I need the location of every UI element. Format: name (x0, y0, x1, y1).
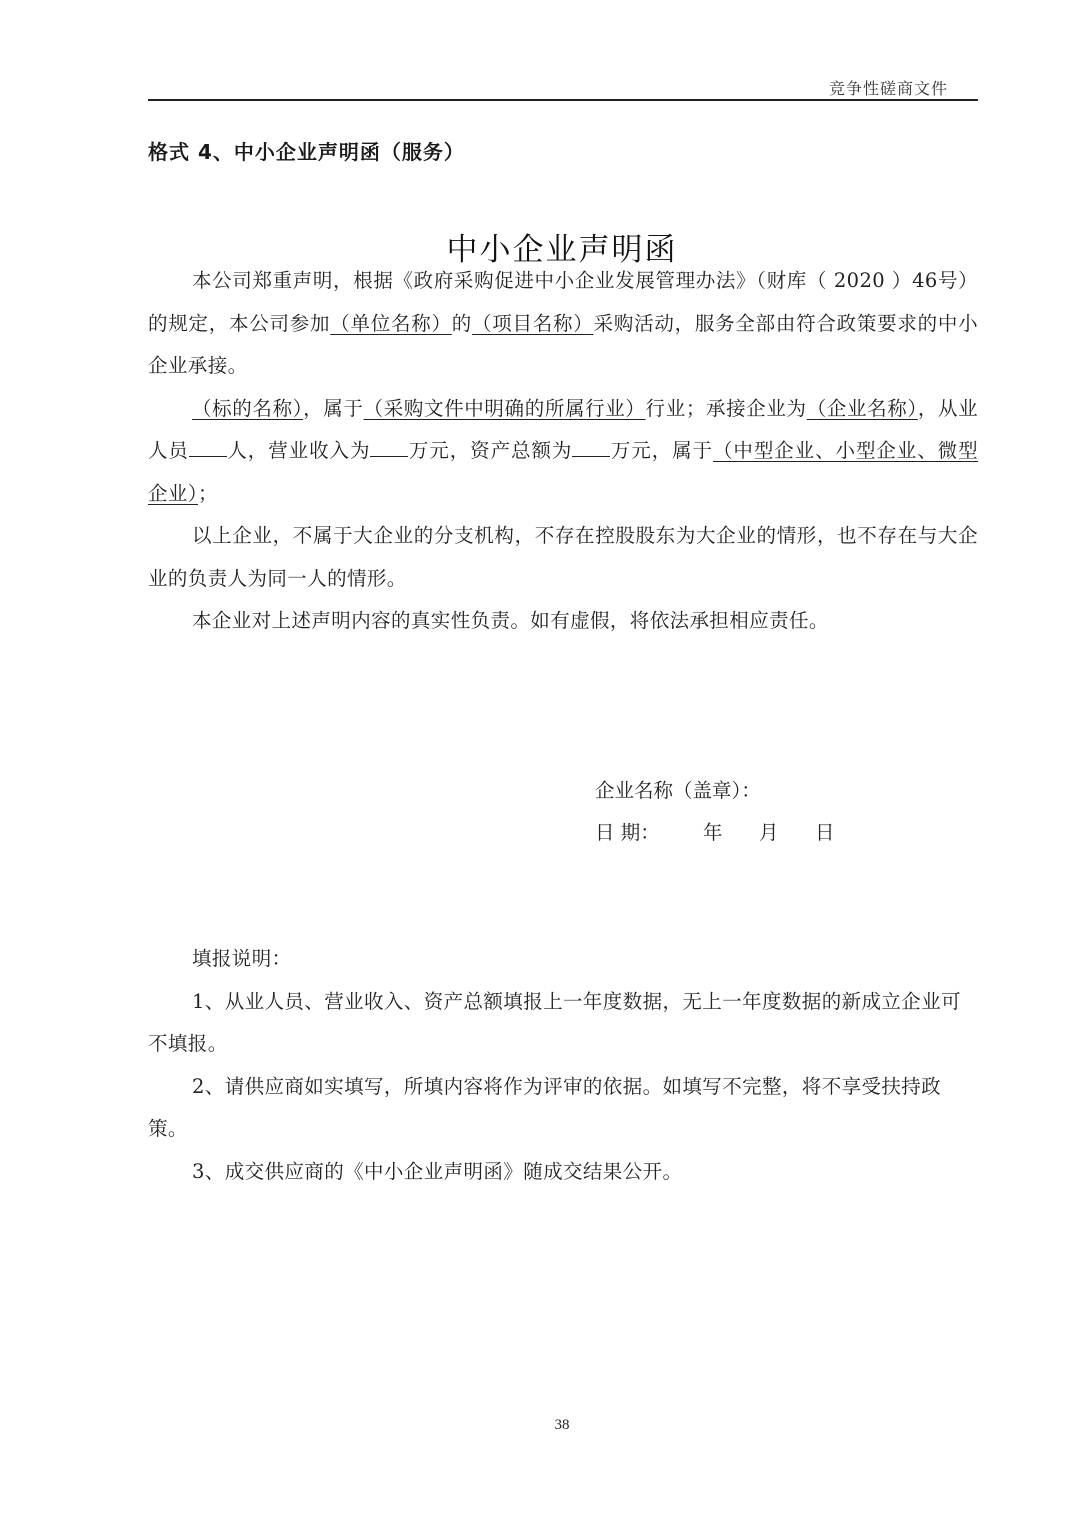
month-label: 月 (759, 812, 815, 854)
field-total-assets[interactable] (572, 438, 610, 457)
date-line: 日 期：年月日 (595, 812, 835, 854)
field-company-name[interactable]: （企业名称） (807, 397, 918, 420)
notes-heading: 填报说明： (148, 938, 978, 981)
paragraph-4: 本企业对上述声明内容的真实性负责。如有虚假，将依法承担相应责任。 (148, 600, 978, 643)
field-employees[interactable] (189, 438, 227, 457)
declaration-body: 本公司郑重声明，根据《政府采购促进中小企业发展管理办法》（财库（ 2020 ）4… (148, 260, 978, 643)
paragraph-1: 本公司郑重声明，根据《政府采购促进中小企业发展管理办法》（财库（ 2020 ）4… (148, 260, 978, 388)
p2-text-5: 万元，资产总额为 (408, 439, 572, 462)
note-item-2: 2、请供应商如实填写，所填内容将作为评审的依据。如填写不完整，将不享受扶持政策。 (148, 1066, 978, 1151)
year-label: 年 (703, 812, 759, 854)
p2-text-1: ，属于 (303, 397, 363, 420)
field-revenue[interactable] (370, 438, 408, 457)
paragraph-3: 以上企业，不属于大企业的分支机构，不存在控股股东为大企业的情形，也不存在与大企业… (148, 515, 978, 600)
p2-text-7: ； (198, 482, 218, 505)
field-project-name[interactable]: （项目名称） (472, 312, 594, 335)
field-unit-name[interactable]: （单位名称） (330, 312, 452, 335)
day-label: 日 (815, 812, 835, 854)
field-subject-name[interactable]: （标的名称） (192, 397, 303, 420)
page-number: 38 (0, 1417, 1080, 1434)
date-label: 日 期： (595, 812, 703, 854)
field-industry[interactable]: （采购文件中明确的所属行业） (364, 397, 646, 420)
company-seal-label: 企业名称（盖章）： (595, 770, 835, 812)
p2-text-2: 行业；承接企业为 (646, 397, 807, 420)
format-title: 格式 4、中小企业声明函（服务） (148, 136, 465, 165)
p2-text-4: 人，营业收入为 (227, 439, 371, 462)
filling-instructions: 填报说明： 1、从业人员、营业收入、资产总额填报上一年度数据，无上一年度数据的新… (148, 938, 978, 1193)
paragraph-2: （标的名称），属于（采购文件中明确的所属行业）行业；承接企业为（企业名称），从业… (148, 388, 978, 516)
p2-text-6: 万元，属于 (610, 439, 713, 462)
running-header-title: 竞争性磋商文件 (829, 76, 948, 99)
note-item-1: 1、从业人员、营业收入、资产总额填报上一年度数据，无上一年度数据的新成立企业可不… (148, 981, 978, 1066)
header-rule (148, 99, 978, 101)
signature-block: 企业名称（盖章）： 日 期：年月日 (595, 770, 835, 854)
p1-text-2: 的 (452, 312, 472, 335)
note-item-3: 3、成交供应商的《中小企业声明函》随成交结果公开。 (148, 1151, 978, 1194)
